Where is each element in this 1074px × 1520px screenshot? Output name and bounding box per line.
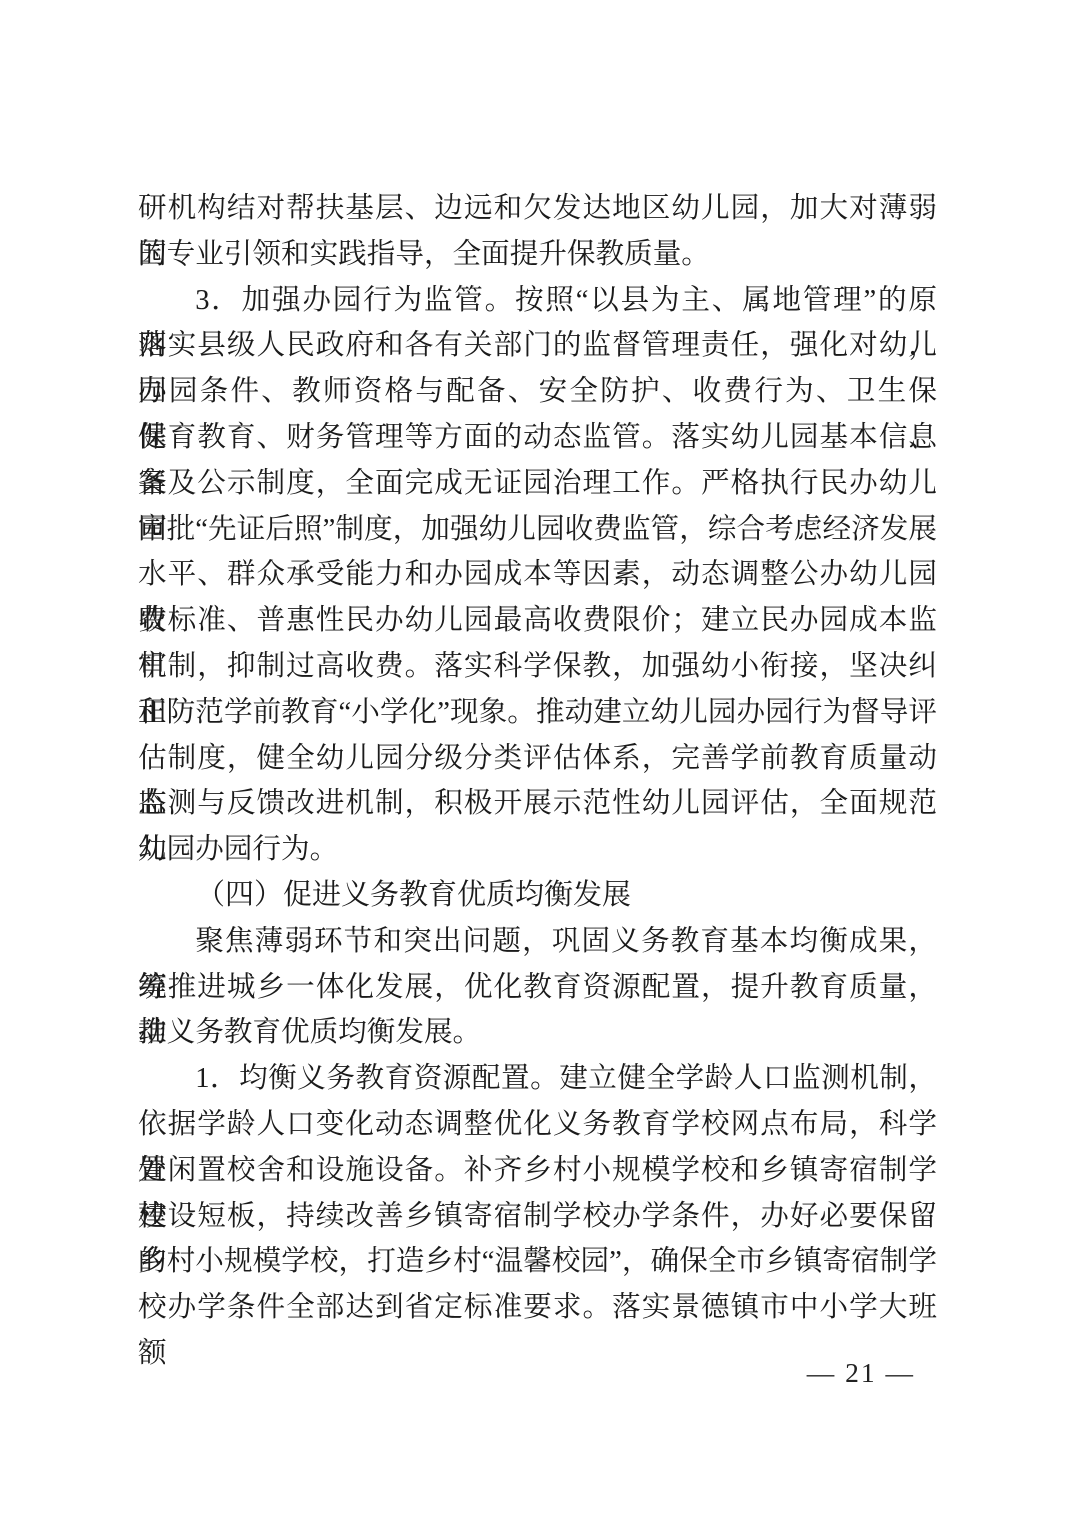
document-line: 落实县级人民政府和各有关部门的监督管理责任，强化对幼儿园 xyxy=(138,323,937,369)
document-line: 水平、群众承受能力和办园成本等因素，动态调整公办幼儿园收 xyxy=(138,552,937,598)
document-line: 筹推进城乡一体化发展，优化教育资源配置，提升教育质量，推 xyxy=(138,965,937,1011)
document-line: 费标准、普惠性民办幼儿园最高收费限价；建立民办园成本监审 xyxy=(138,598,937,644)
document-line: 研机构结对帮扶基层、边远和欠发达地区幼儿园，加大对薄弱园 xyxy=(138,186,937,232)
document-line: 机制，抑制过高收费。落实科学保教，加强幼小衔接，坚决纠正 xyxy=(138,644,937,690)
document-line: 校办学条件全部达到省定标准要求。落实景德镇市中小学大班额 xyxy=(138,1285,937,1331)
document-line: 估制度，健全幼儿园分级分类评估体系，完善学前教育质量动态 xyxy=(138,736,937,782)
document-line: 监测与反馈改进机制，积极开展示范性幼儿园评估，全面规范幼 xyxy=(138,781,937,827)
document-line: 1．均衡义务教育资源配置。建立健全学龄人口监测机制， xyxy=(138,1056,937,1102)
document-body: 研机构结对帮扶基层、边远和欠发达地区幼儿园，加大对薄弱园的专业引领和实践指导，全… xyxy=(138,186,937,1331)
document-line: 的专业引领和实践指导，全面提升保教质量。 xyxy=(138,232,937,278)
document-line: 儿园办园行为。 xyxy=(138,827,937,873)
document-line: 置闲置校舍和设施设备。补齐乡村小规模学校和乡镇寄宿制学校 xyxy=(138,1148,937,1194)
document-line: 3．加强办园行为监管。按照“以县为主、属地管理”的原则， xyxy=(138,278,937,324)
document-line: 建设短板，持续改善乡镇寄宿制学校办学条件，办好必要保留的 xyxy=(138,1194,937,1240)
page-footer: — 21 — xyxy=(807,1352,915,1394)
document-line: 案及公示制度，全面完成无证园治理工作。严格执行民办幼儿园 xyxy=(138,461,937,507)
document-line: 依据学龄人口变化动态调整优化义务教育学校网点布局，科学处 xyxy=(138,1102,937,1148)
document-line: 审批“先证后照”制度，加强幼儿园收费监管，综合考虑经济发展 xyxy=(138,507,937,553)
document-line: 聚焦薄弱环节和突出问题，巩固义务教育基本均衡成果，统 xyxy=(138,919,937,965)
document-line: 动义务教育优质均衡发展。 xyxy=(138,1010,937,1056)
document-line: 乡村小规模学校，打造乡村“温馨校园”，确保全市乡镇寄宿制学 xyxy=(138,1239,937,1285)
section-heading: （四）促进义务教育优质均衡发展 xyxy=(138,873,937,919)
page-number: — 21 — xyxy=(807,1357,915,1388)
document-line: 保育教育、财务管理等方面的动态监管。落实幼儿园基本信息备 xyxy=(138,415,937,461)
document-line: 和防范学前教育“小学化”现象。推动建立幼儿园办园行为督导评 xyxy=(138,690,937,736)
document-page: 研机构结对帮扶基层、边远和欠发达地区幼儿园，加大对薄弱园的专业引领和实践指导，全… xyxy=(0,0,1074,1520)
document-line: 办园条件、教师资格与配备、安全防护、收费行为、卫生保健、 xyxy=(138,369,937,415)
